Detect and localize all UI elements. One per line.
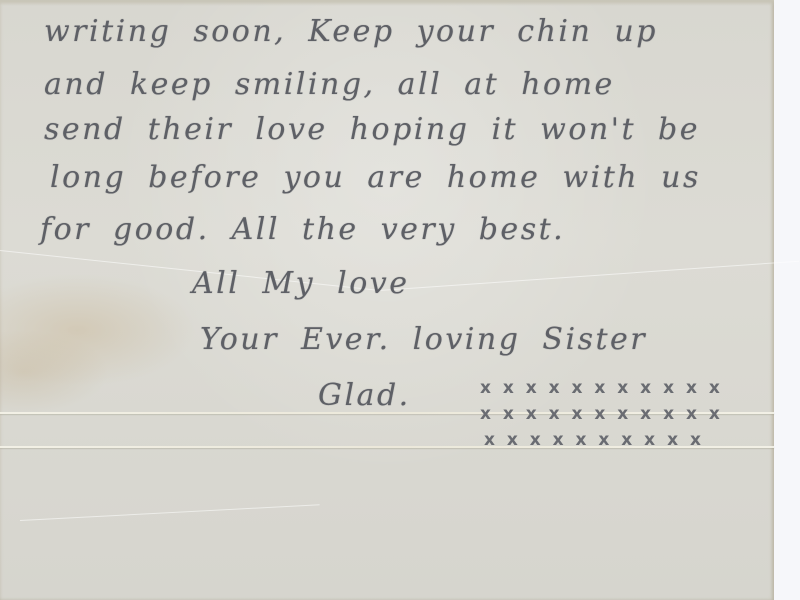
- closing-line: Your Ever. loving Sister: [200, 322, 647, 357]
- paper-crease: [380, 261, 799, 291]
- closing-line: All My love: [192, 266, 409, 301]
- letter-page: writing soon, Keep your chin up and keep…: [0, 0, 774, 600]
- letter-body-line: for good. All the very best.: [40, 212, 565, 247]
- letter-body-line: long before you are home with us: [50, 160, 701, 195]
- paper-top-edge: [0, 0, 774, 6]
- kisses-row: x x x x x x x x x x x: [480, 404, 723, 424]
- letter-body-line: writing soon, Keep your chin up: [44, 14, 658, 49]
- kisses-row: x x x x x x x x x x x: [480, 378, 723, 398]
- paper-crease: [20, 504, 320, 521]
- letter-body-line: send their love hoping it won't be: [44, 112, 700, 147]
- scan-background: [774, 0, 800, 600]
- letter-body-line: and keep smiling, all at home: [44, 67, 615, 102]
- kisses-row: x x x x x x x x x x: [484, 430, 704, 450]
- signature: Glad.: [318, 378, 411, 413]
